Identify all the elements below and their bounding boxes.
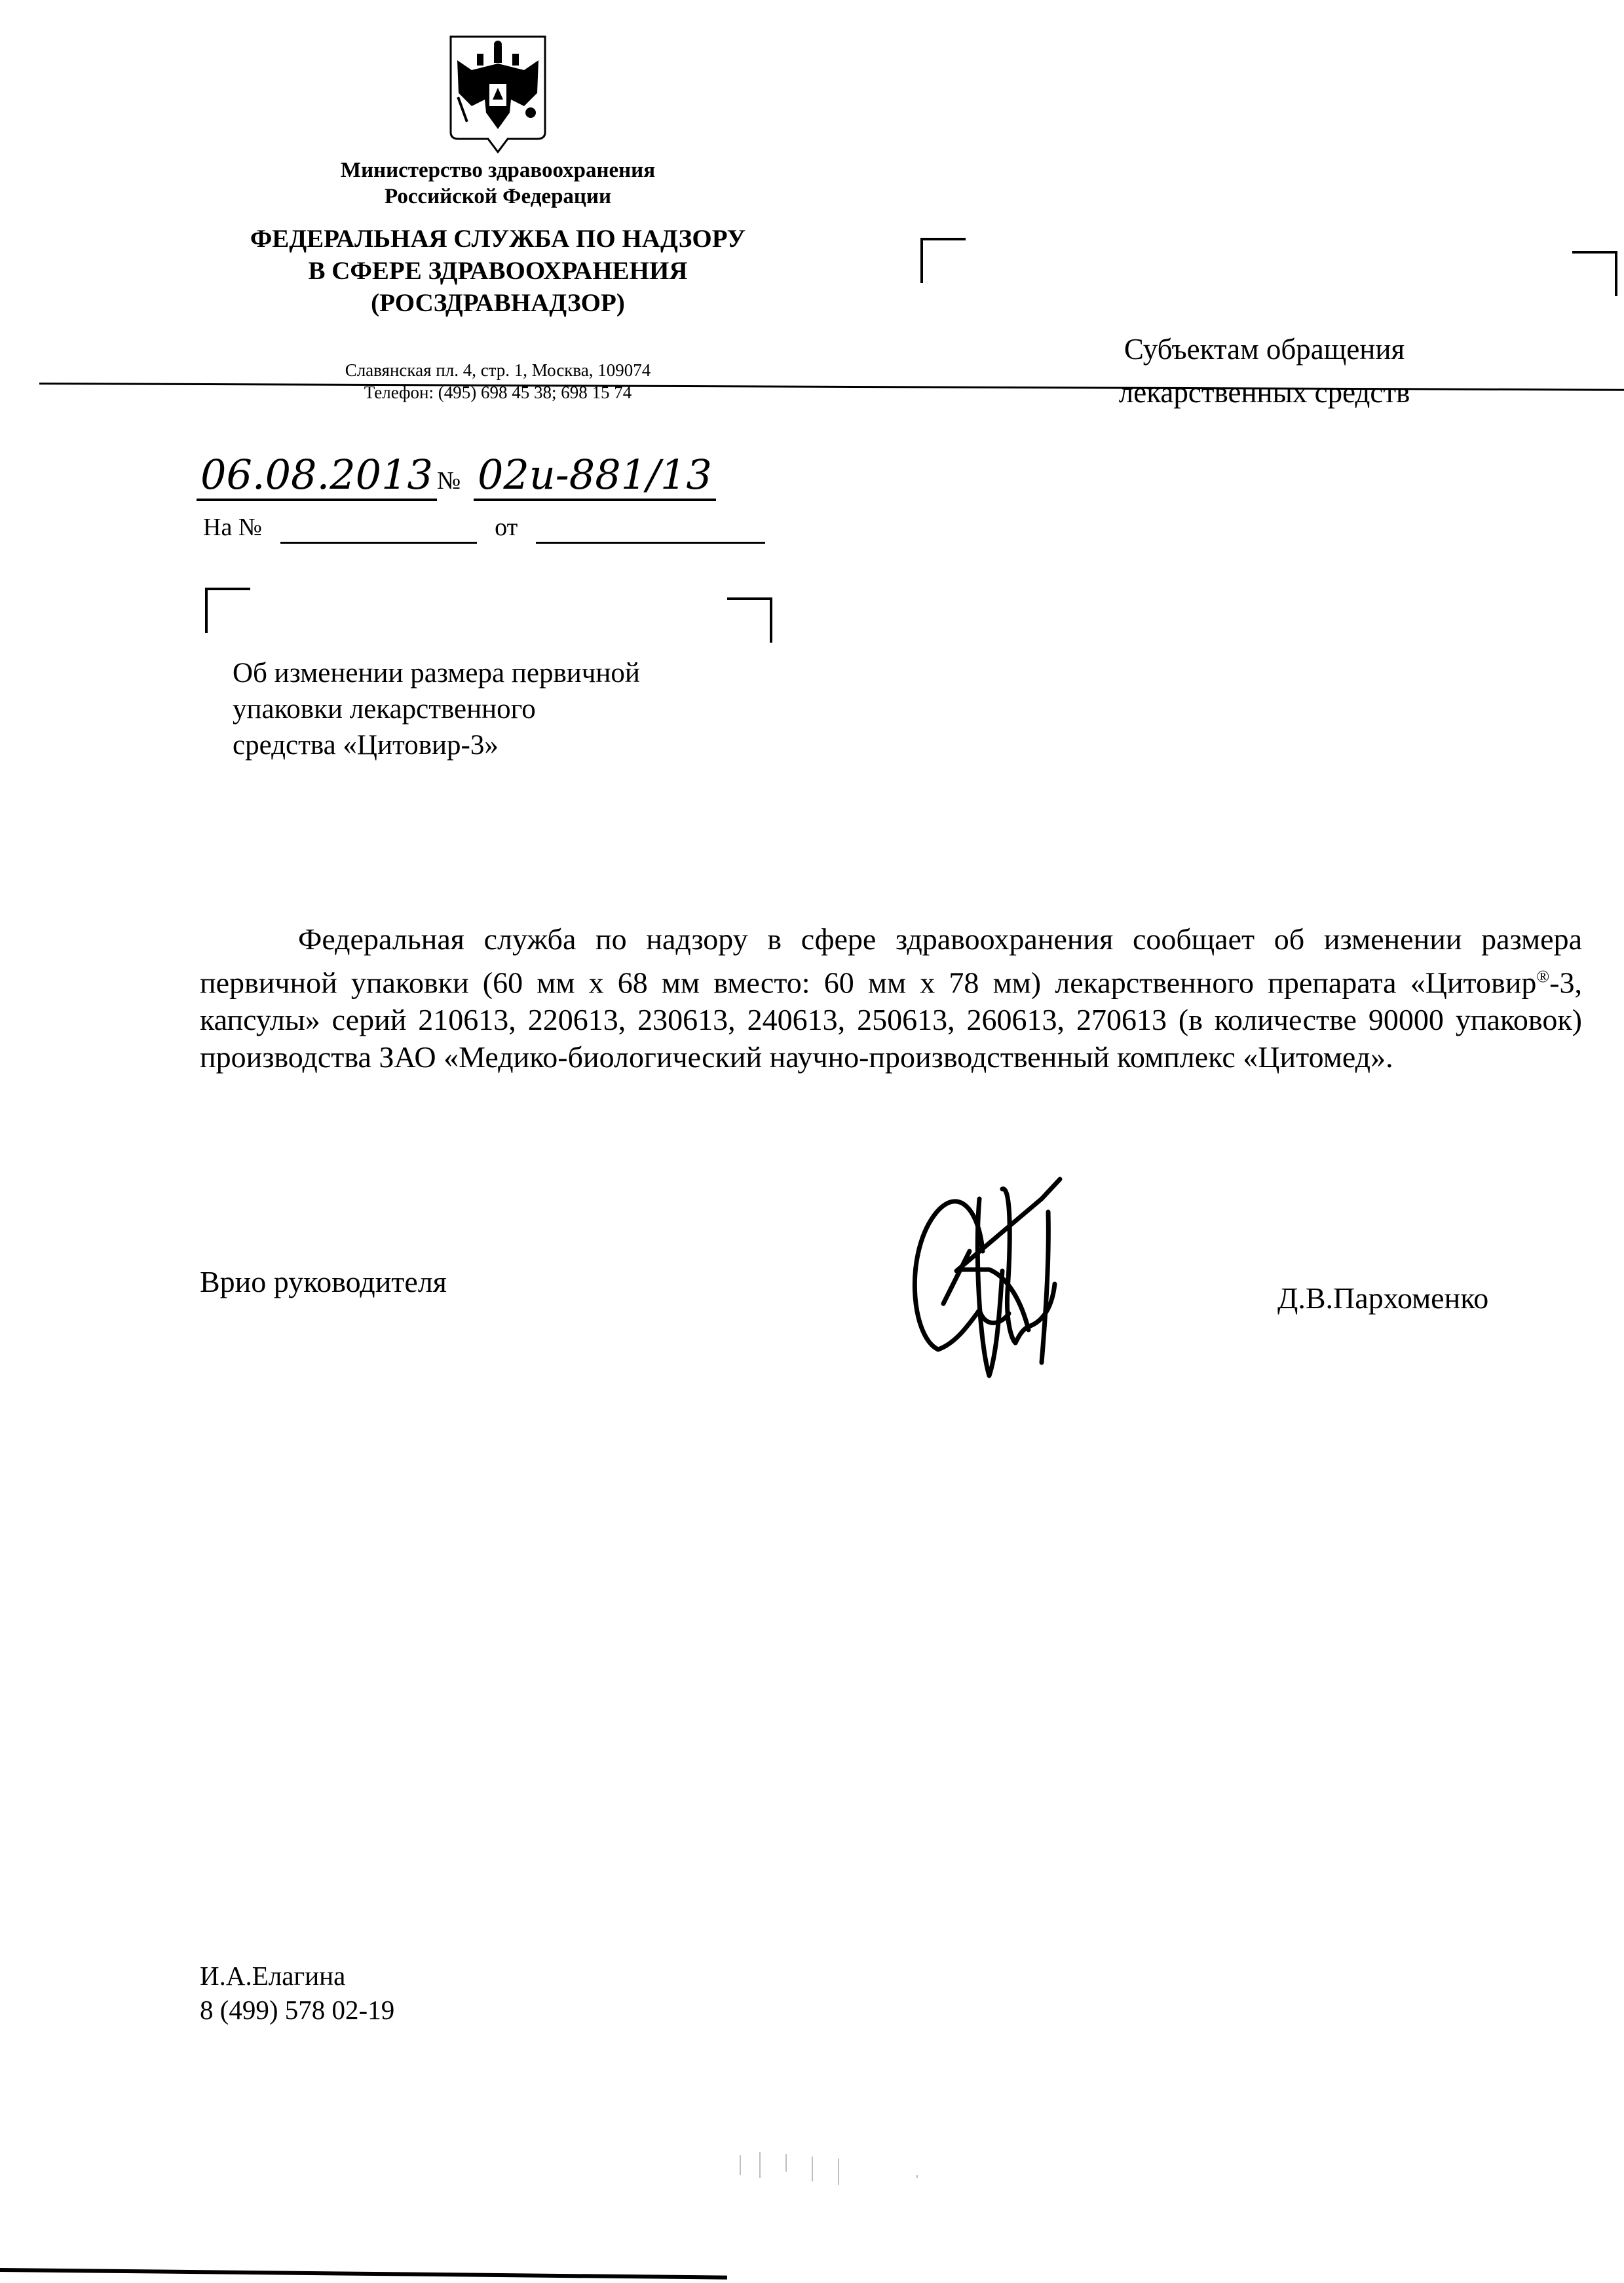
number-label: № bbox=[437, 467, 461, 495]
registration-line: 06.08.2013№ 02и-881/13 bbox=[197, 452, 716, 504]
recipient-block: Субъектам обращения лекарственных средст… bbox=[1035, 328, 1494, 414]
registered-trademark: ® bbox=[1536, 967, 1549, 986]
subject-line-2: упаковки лекарственного bbox=[233, 691, 822, 727]
faint-stamp-mark bbox=[734, 2149, 930, 2188]
ministry-line-2: Российской Федерации bbox=[249, 183, 747, 210]
reply-reference: На № от bbox=[203, 511, 765, 544]
body-paragraph: Федеральная служба по надзору в сфере зд… bbox=[200, 920, 1582, 1076]
subject-bracket-left bbox=[205, 588, 250, 633]
service-line-1: ФЕДЕРАЛЬНАЯ СЛУЖБА ПО НАДЗОРУ bbox=[190, 223, 806, 255]
letter-body: Федеральная служба по надзору в сфере зд… bbox=[200, 920, 1582, 1076]
executor-phone: 8 (499) 578 02-19 bbox=[200, 1993, 394, 2027]
scan-edge-line bbox=[0, 2268, 727, 2280]
body-text-part-1: Федеральная служба по надзору в сфере зд… bbox=[200, 922, 1582, 999]
subject-bracket-right bbox=[727, 597, 772, 643]
recipient-bracket-left bbox=[920, 238, 966, 283]
reply-to-label: На № bbox=[203, 514, 262, 541]
letter-date: 06.08.2013 bbox=[197, 451, 437, 501]
signatory-role: Врио руководителя bbox=[200, 1264, 447, 1299]
recipient-bracket-right bbox=[1572, 251, 1617, 296]
service-name: ФЕДЕРАЛЬНАЯ СЛУЖБА ПО НАДЗОРУ В СФЕРЕ ЗД… bbox=[190, 223, 806, 319]
service-line-3: (РОСЗДРАВНАДЗОР) bbox=[190, 287, 806, 319]
from-date-field bbox=[536, 522, 765, 544]
letterhead-contacts: Славянская пл. 4, стр. 1, Москва, 109074… bbox=[249, 359, 747, 404]
subject-line-1: Об изменении размера первичной bbox=[233, 655, 822, 691]
coat-of-arms-emblem-icon bbox=[445, 34, 550, 155]
address: Славянская пл. 4, стр. 1, Москва, 109074 bbox=[249, 359, 747, 381]
letter-number: 02и-881/13 bbox=[474, 451, 716, 501]
service-line-2: В СФЕРЕ ЗДРАВООХРАНЕНИЯ bbox=[190, 255, 806, 287]
ministry-name: Министерство здравоохранения Российской … bbox=[249, 157, 747, 210]
recipient-line-2: лекарственных средств bbox=[1035, 371, 1494, 414]
handwritten-signature-icon bbox=[897, 1173, 1094, 1395]
subject-line-3: средства «Цитовир-3» bbox=[233, 727, 822, 763]
ministry-line-1: Министерство здравоохранения bbox=[249, 157, 747, 183]
executor-name: И.А.Елагина bbox=[200, 1959, 394, 1993]
signatory-name: Д.В.Пархоменко bbox=[1277, 1281, 1488, 1315]
executor-contact: И.А.Елагина 8 (499) 578 02-19 bbox=[200, 1959, 394, 2027]
recipient-line-1: Субъектам обращения bbox=[1035, 328, 1494, 371]
subject-block: Об изменении размера первичной упаковки … bbox=[233, 655, 822, 763]
reply-to-number-field bbox=[280, 522, 477, 544]
from-label: от bbox=[495, 514, 518, 541]
